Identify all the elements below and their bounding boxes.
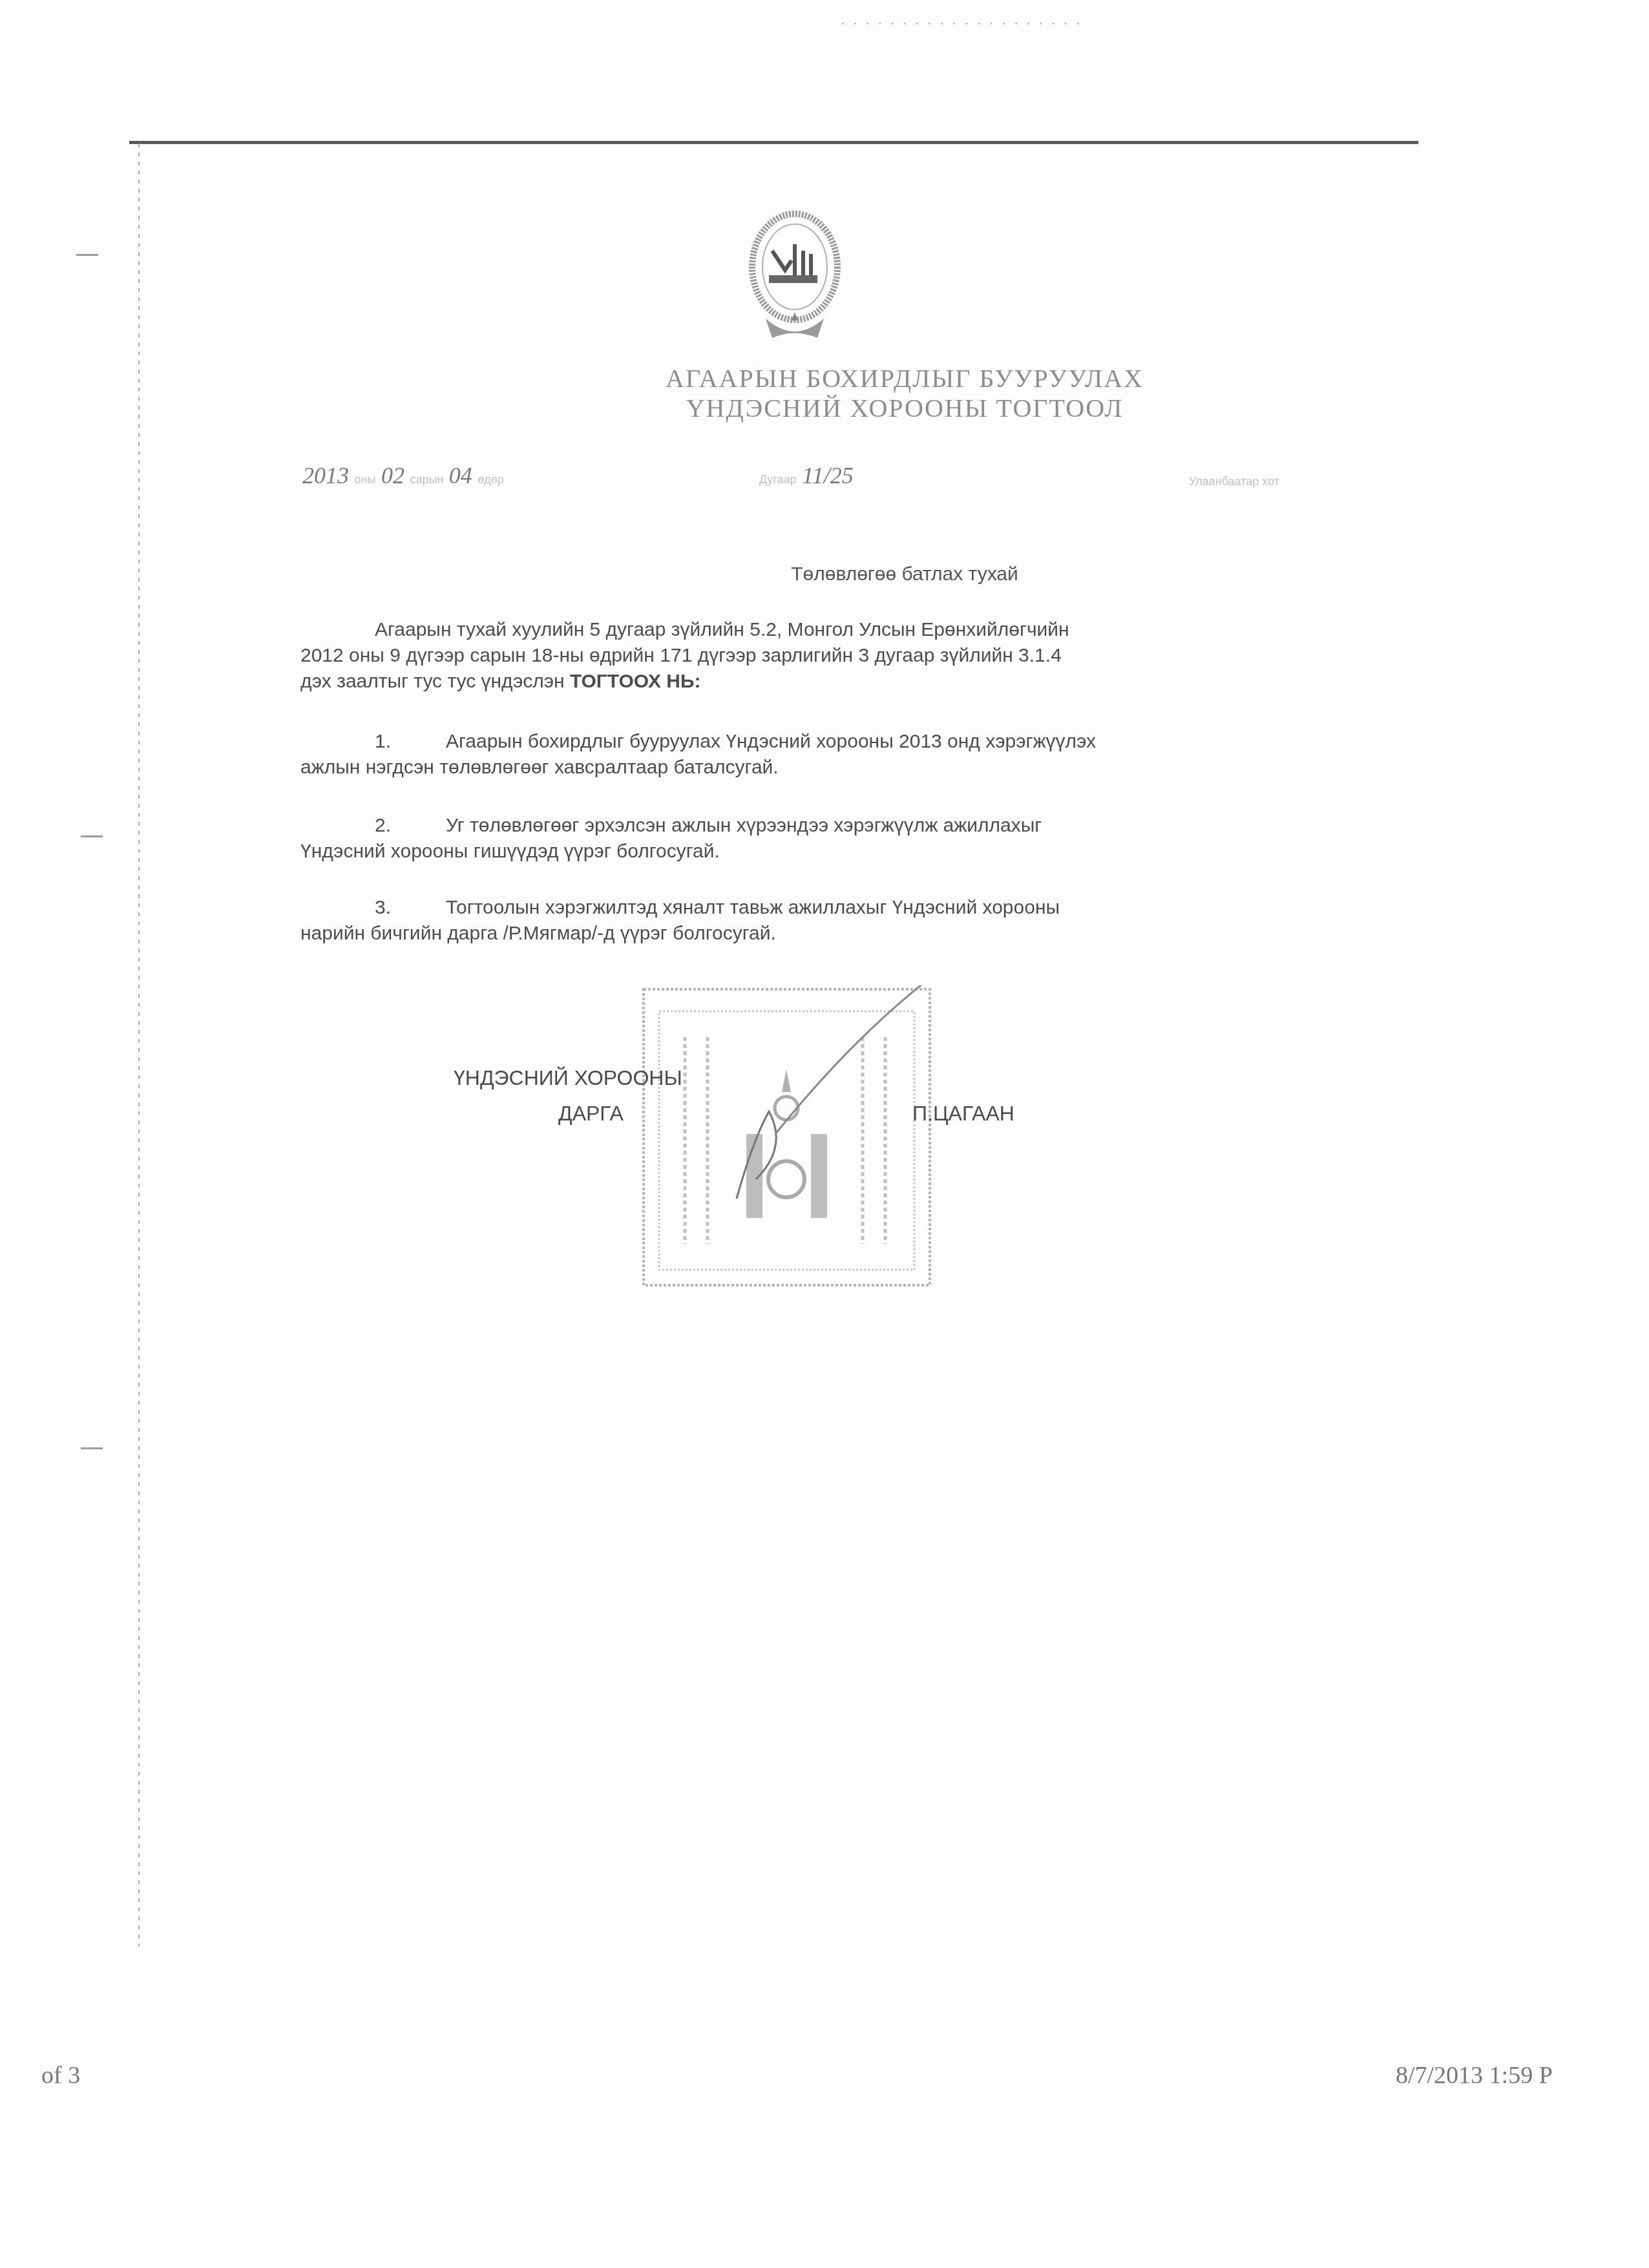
number-label: Дугаар — [759, 473, 797, 486]
left-margin-rule — [138, 143, 140, 1946]
number-value: 11/25 — [802, 463, 853, 488]
margin-mark — [81, 1447, 103, 1449]
date-day-label: өдөр — [478, 473, 504, 486]
date-month-label: сарын — [410, 473, 443, 486]
item-text: Үндэсний хорооны гишүүдэд үүрэг болгосуг… — [300, 839, 1254, 865]
resolution-item-1: 1.Агаарын бохирдлыг бууруулах Үндэсний х… — [300, 729, 1254, 781]
resolution-item-3: 3.Тогтоолын хэрэгжилтэд хяналт тавьж ажи… — [300, 895, 1254, 947]
preamble-paragraph: Агаарын тухай хуулийн 5 дугаар зүйлийн 5… — [300, 617, 1254, 695]
item-number: 2. — [375, 813, 446, 839]
item-text: Агаарын бохирдлыг бууруулах Үндэсний хор… — [446, 731, 1096, 752]
print-timestamp: 8/7/2013 1:59 P — [1396, 2061, 1553, 2090]
page-count: of 3 — [41, 2061, 80, 2090]
date-day: 04 — [449, 463, 472, 488]
item-text: Тогтоолын хэрэгжилтэд хяналт тавьж ажилл… — [446, 897, 1060, 918]
organization-title: АГААРЫН БОХИРДЛЫГ БУУРУУЛАХ — [414, 363, 1396, 394]
preamble-line: Агаарын тухай хуулийн 5 дугаар зүйлийн 5… — [375, 619, 1069, 640]
signatory-title-line-1: ҮНДЭСНИЙ ХОРООНЫ — [454, 1066, 682, 1090]
top-rule-divider — [129, 141, 1418, 144]
item-text: Уг төлөвлөгөөг эрхэлсэн ажлын хүрээндээ … — [446, 815, 1042, 836]
item-number: 3. — [375, 895, 446, 921]
preamble-line: 2012 оны 9 дүгээр сарын 18-ны өдрийн 171… — [300, 643, 1254, 669]
place-value: Улаанбаатар хот — [1189, 475, 1279, 488]
signatory-title-line-2: ДАРГА — [558, 1102, 624, 1126]
resolution-item-2: 2.Уг төлөвлөгөөг эрхэлсэн ажлын хүрээндэ… — [300, 813, 1254, 865]
document-subject: Төлөвлөгөө батлах тухай — [414, 563, 1396, 585]
mongolia-state-emblem-icon — [746, 205, 843, 344]
date-year: 2013 — [302, 463, 349, 488]
margin-mark — [76, 254, 98, 256]
document-number: Дугаар 11/25 — [759, 462, 854, 489]
faded-print-header: · · · · · · · · · · · · · · · · · · · · — [840, 14, 1551, 34]
date-year-label: оны — [355, 473, 376, 486]
item-text: ажлын нэгдсэн төлөвлөгөөг хавсралтаар ба… — [300, 755, 1254, 781]
item-number: 1. — [375, 729, 446, 755]
resolution-title: ҮНДЭСНИЙ ХОРООНЫ ТОГТООЛ — [414, 393, 1396, 423]
margin-mark — [81, 835, 103, 837]
document-place: Улаанбаатар хот — [1189, 467, 1279, 491]
signatory-name: П.ЦАГААН — [912, 1102, 1014, 1126]
date-month: 02 — [381, 463, 404, 488]
preamble-emphasis: ТОГТООХ НЬ: — [570, 671, 701, 692]
official-seal-stamp-icon — [640, 985, 934, 1289]
preamble-line: дэх заалтыг тус тус үндэслэн — [300, 671, 565, 692]
item-text: нарийн бичгийн дарга /Р.Мягмар/-д үүрэг … — [300, 921, 1254, 947]
document-date: 2013 оны 02 сарын 04 өдөр — [302, 462, 504, 489]
